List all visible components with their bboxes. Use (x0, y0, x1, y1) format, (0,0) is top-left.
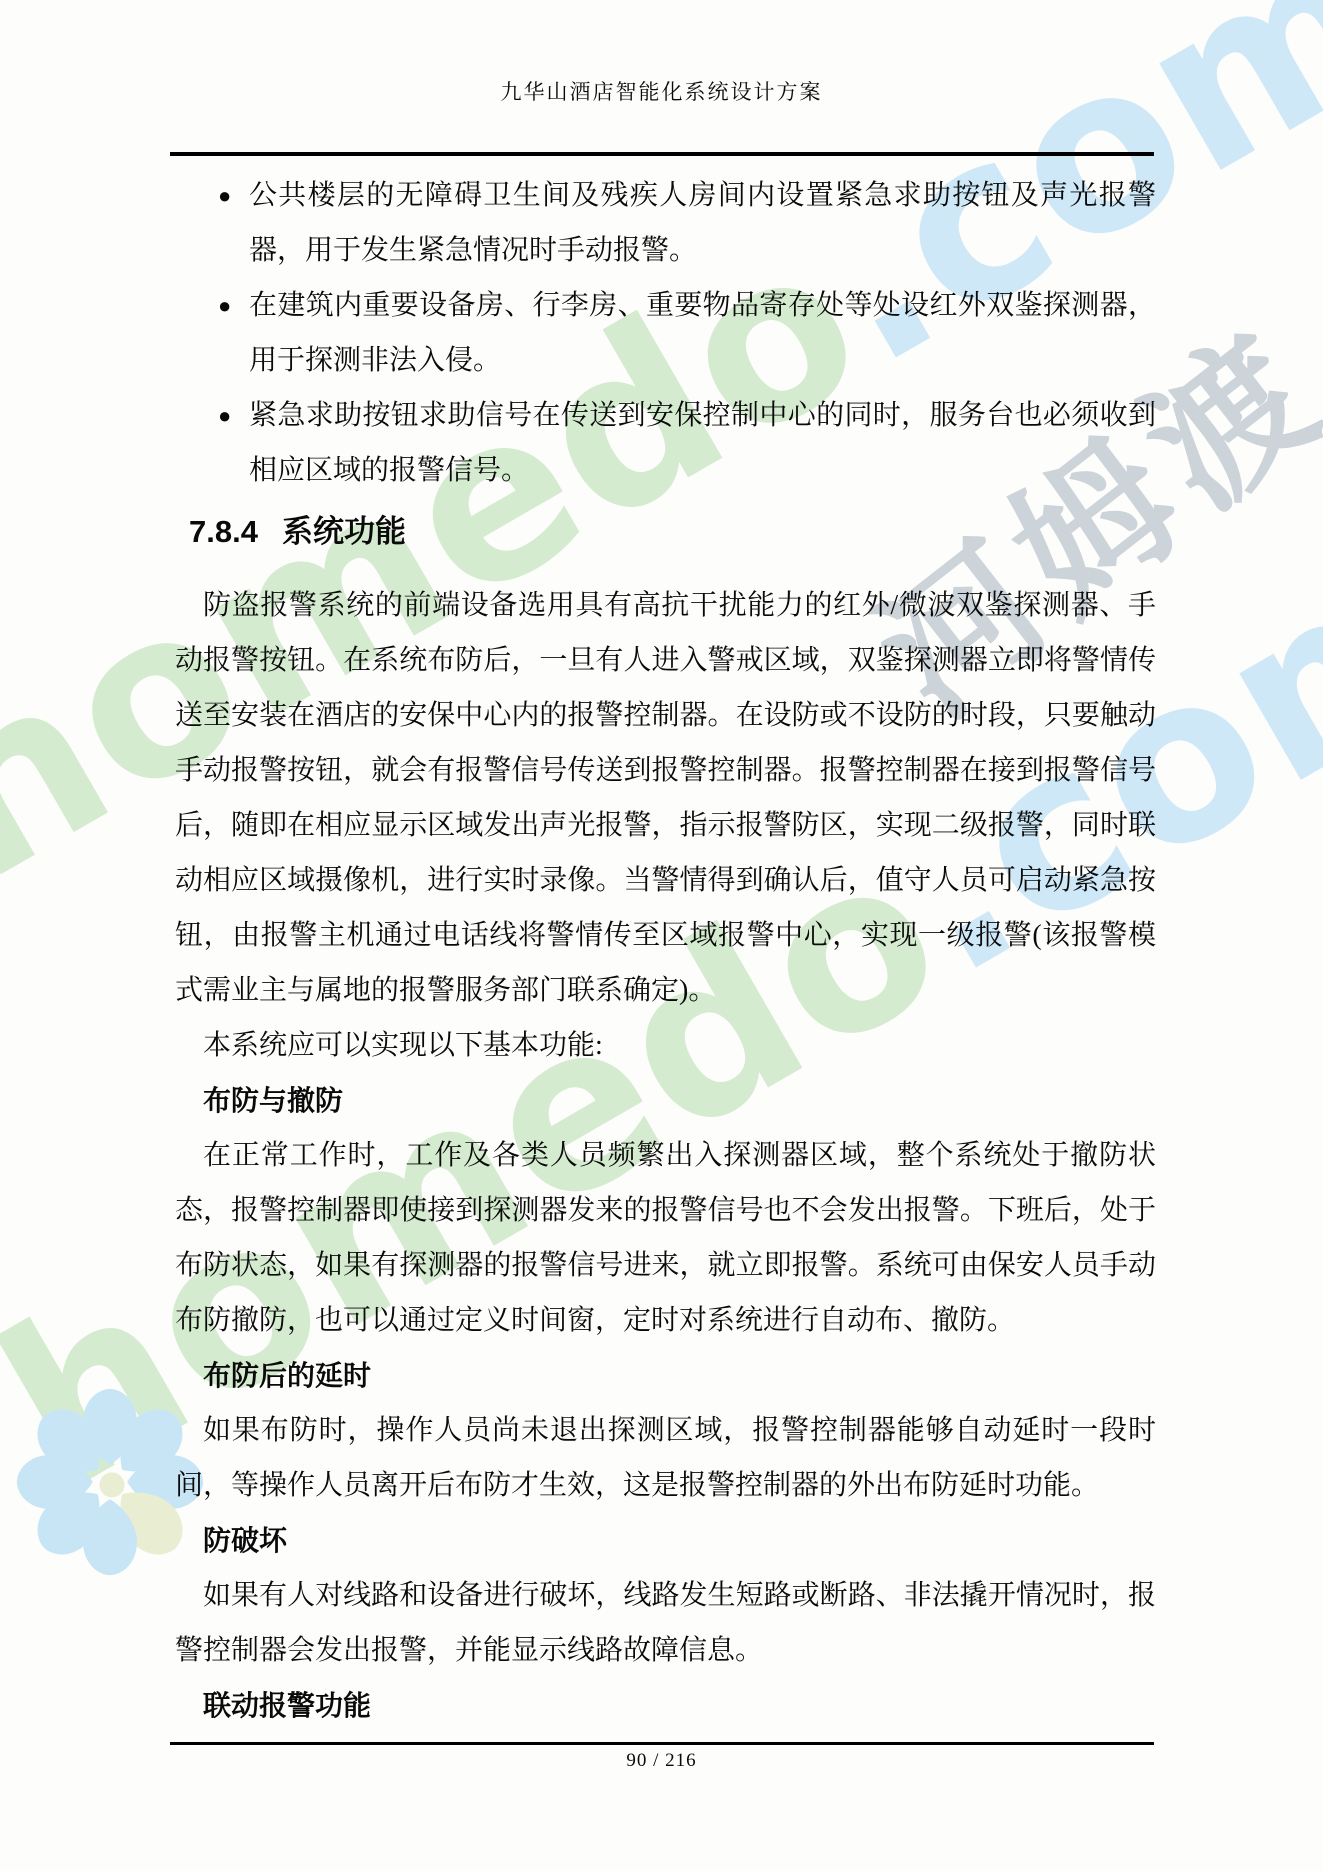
feature-title: 布防后的延时 (175, 1348, 1156, 1403)
bullet-text: 公共楼层的无障碍卫生间及残疾人房间内设置紧急求助按钮及声光报警器，用于发生紧急情… (249, 168, 1156, 278)
document-page: homedo.com homedo.com 河姆渡 九华山酒店智能化系统设计方案 (0, 0, 1323, 1871)
feature-body: 如果布防时，操作人员尚未退出探测区域，报警控制器能够自动延时一段时间，等操作人员… (175, 1403, 1156, 1513)
footer-rule (170, 1742, 1154, 1745)
functions-lead: 本系统应可以实现以下基本功能: (175, 1018, 1156, 1073)
section-title: 系统功能 (282, 514, 406, 549)
feature-title: 布防与撤防 (175, 1073, 1156, 1128)
feature-title: 防破坏 (175, 1513, 1156, 1568)
feature-title: 联动报警功能 (175, 1678, 1156, 1733)
page-header-title: 九华山酒店智能化系统设计方案 (0, 76, 1323, 106)
bullet-item: ● 在建筑内重要设备房、行李房、重要物品寄存处等处设红外双鉴探测器，用于探测非法… (175, 278, 1156, 388)
bullet-item: ● 公共楼层的无障碍卫生间及残疾人房间内设置紧急求助按钮及声光报警器，用于发生紧… (175, 168, 1156, 278)
section-intro-paragraph: 防盗报警系统的前端设备选用具有高抗干扰能力的红外/微波双鉴探测器、手动报警按钮。… (175, 578, 1156, 1018)
bullet-marker-icon: ● (218, 388, 249, 498)
bullet-marker-icon: ● (218, 168, 249, 278)
feature-body: 如果有人对线路和设备进行破坏，线路发生短路或断路、非法撬开情况时，报警控制器会发… (175, 1568, 1156, 1678)
section-heading: 7.8.4系统功能 (189, 508, 1156, 556)
feature-body: 在正常工作时，工作及各类人员频繁出入探测器区域，整个系统处于撤防状态，报警控制器… (175, 1128, 1156, 1348)
page-number: 90 / 216 (0, 1750, 1323, 1772)
bullet-text: 在建筑内重要设备房、行李房、重要物品寄存处等处设红外双鉴探测器，用于探测非法入侵… (249, 278, 1156, 388)
bullet-text: 紧急求助按钮求助信号在传送到安保控制中心的同时，服务台也必须收到相应区域的报警信… (249, 388, 1156, 498)
header-rule (170, 152, 1154, 156)
bullet-marker-icon: ● (218, 278, 249, 388)
document-body: ● 公共楼层的无障碍卫生间及残疾人房间内设置紧急求助按钮及声光报警器，用于发生紧… (175, 168, 1156, 1733)
section-number: 7.8.4 (189, 514, 258, 549)
bullet-item: ● 紧急求助按钮求助信号在传送到安保控制中心的同时，服务台也必须收到相应区域的报… (175, 388, 1156, 498)
